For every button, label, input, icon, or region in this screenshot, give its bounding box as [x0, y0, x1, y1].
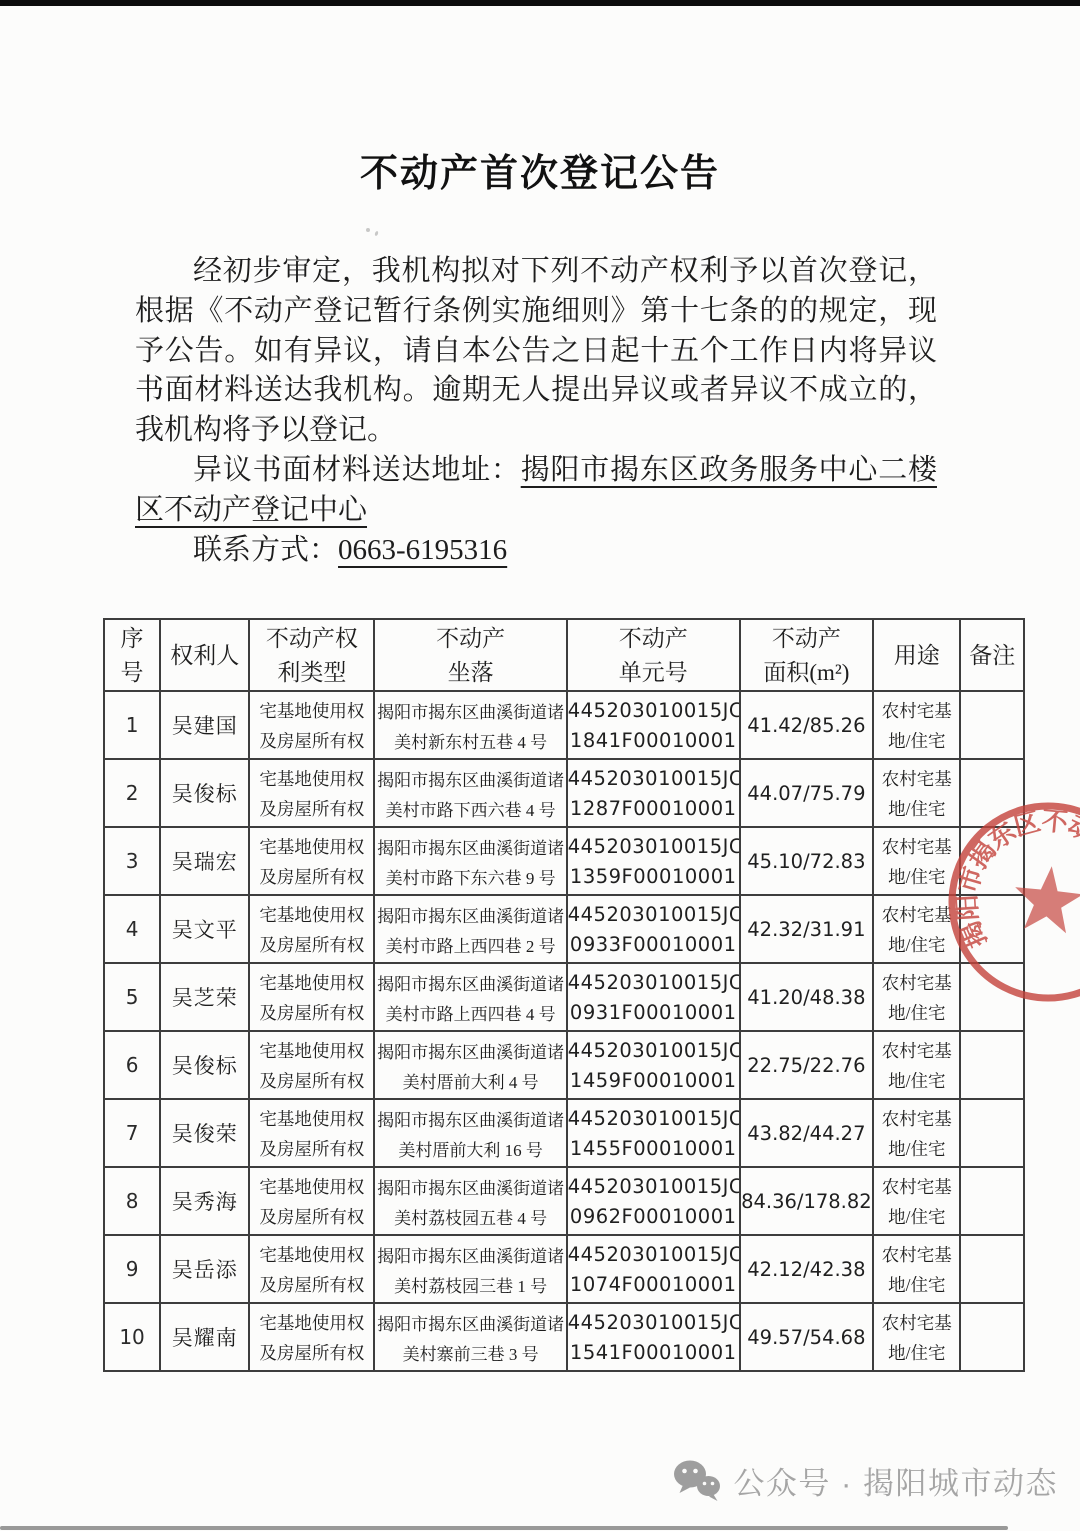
cell-seq: 4 — [104, 895, 160, 963]
table-row: 7 吴俊荣 宅基地使用权及房屋所有权 揭阳市揭东区曲溪街道诸美村厝前大利 16 … — [104, 1099, 1024, 1167]
cell-owner: 吴俊荣 — [160, 1099, 249, 1167]
cell-usage: 农村宅基地/住宅 — [873, 827, 960, 895]
cell-owner: 吴岳添 — [160, 1235, 249, 1303]
cell-owner: 吴耀南 — [160, 1303, 249, 1371]
cell-usage: 农村宅基地/住宅 — [873, 895, 960, 963]
body-paragraph: 经初步审定，我机构拟对下列不动产权利予以首次登记，根据《不动产登记暂行条例实施细… — [135, 252, 937, 451]
cell-seq: 10 — [104, 1303, 160, 1371]
cell-remark — [960, 1099, 1024, 1167]
cell-right-type: 宅基地使用权及房屋所有权 — [249, 759, 374, 827]
header-location: 不动产坐落 — [374, 619, 566, 691]
table-row: 1 吴建国 宅基地使用权及房屋所有权 揭阳市揭东区曲溪街道诸美村新东村五巷 4 … — [104, 691, 1024, 759]
cell-remark — [960, 963, 1024, 1031]
cell-area: 49.57/54.68 — [740, 1303, 873, 1371]
cell-area: 45.10/72.83 — [740, 827, 873, 895]
cell-owner: 吴秀海 — [160, 1167, 249, 1235]
cell-seq: 1 — [104, 691, 160, 759]
cell-remark — [960, 1167, 1024, 1235]
cell-remark — [960, 759, 1024, 827]
cell-area: 42.32/31.91 — [740, 895, 873, 963]
header-usage: 用途 — [873, 619, 960, 691]
cell-right-type: 宅基地使用权及房屋所有权 — [249, 1031, 374, 1099]
cell-area: 22.75/22.76 — [740, 1031, 873, 1099]
address-label: 异议书面材料送达地址： — [193, 454, 521, 486]
header-right-type: 不动产权利类型 — [249, 619, 374, 691]
table-row: 3 吴瑞宏 宅基地使用权及房屋所有权 揭阳市揭东区曲溪街道诸美村市路下东六巷 9… — [104, 827, 1024, 895]
cell-seq: 3 — [104, 827, 160, 895]
cell-location: 揭阳市揭东区曲溪街道诸美村市路上西四巷 2 号 — [374, 895, 566, 963]
cell-usage: 农村宅基地/住宅 — [873, 1303, 960, 1371]
cell-location: 揭阳市揭东区曲溪街道诸美村荔枝园三巷 1 号 — [374, 1235, 566, 1303]
cell-location: 揭阳市揭东区曲溪街道诸美村市路下东六巷 9 号 — [374, 827, 566, 895]
cell-unit-no: 445203010015JC01459F00010001 — [567, 1031, 740, 1099]
header-area: 不动产面积(m²) — [740, 619, 873, 691]
header-seq: 序号 — [104, 619, 160, 691]
wechat-icon — [673, 1459, 721, 1503]
cell-usage: 农村宅基地/住宅 — [873, 1031, 960, 1099]
cell-remark — [960, 1235, 1024, 1303]
cell-right-type: 宅基地使用权及房屋所有权 — [249, 895, 374, 963]
table-row: 6 吴俊标 宅基地使用权及房屋所有权 揭阳市揭东区曲溪街道诸美村厝前大利 4 号… — [104, 1031, 1024, 1099]
cell-location: 揭阳市揭东区曲溪街道诸美村厝前大利 16 号 — [374, 1099, 566, 1167]
header-remark: 备注 — [960, 619, 1024, 691]
cell-owner: 吴文平 — [160, 895, 249, 963]
cell-unit-no: 445203010015JC00962F00010001 — [567, 1167, 740, 1235]
cell-right-type: 宅基地使用权及房屋所有权 — [249, 963, 374, 1031]
cell-owner: 吴俊标 — [160, 759, 249, 827]
cell-right-type: 宅基地使用权及房屋所有权 — [249, 1167, 374, 1235]
cell-remark — [960, 827, 1024, 895]
cell-usage: 农村宅基地/住宅 — [873, 1167, 960, 1235]
contact-value: 0663-6195316 — [338, 534, 507, 566]
body-paragraph-text: 经初步审定，我机构拟对下列不动产权利予以首次登记，根据《不动产登记暂行条例实施细… — [135, 255, 937, 446]
cell-seq: 9 — [104, 1235, 160, 1303]
registration-table: 序号 权利人 不动产权利类型 不动产坐落 不动产单元号 不动产面积(m²) 用途… — [103, 618, 1025, 1372]
cell-seq: 5 — [104, 963, 160, 1031]
cell-seq: 2 — [104, 759, 160, 827]
contact-line: 联系方式：0663-6195316 — [135, 531, 937, 571]
cell-area: 42.12/42.38 — [740, 1235, 873, 1303]
scan-top-edge — [0, 0, 1080, 6]
cell-location: 揭阳市揭东区曲溪街道诸美村寨前三巷 3 号 — [374, 1303, 566, 1371]
table-row: 9 吴岳添 宅基地使用权及房屋所有权 揭阳市揭东区曲溪街道诸美村荔枝园三巷 1 … — [104, 1235, 1024, 1303]
cell-area: 41.20/48.38 — [740, 963, 873, 1031]
table-header-row: 序号 权利人 不动产权利类型 不动产坐落 不动产单元号 不动产面积(m²) 用途… — [104, 619, 1024, 691]
cell-unit-no: 445203010015JC00931F00010001 — [567, 963, 740, 1031]
cell-unit-no: 445203010015JC00933F00010001 — [567, 895, 740, 963]
cell-remark — [960, 895, 1024, 963]
cell-owner: 吴瑞宏 — [160, 827, 249, 895]
cell-owner: 吴芝荣 — [160, 963, 249, 1031]
cell-owner: 吴俊标 — [160, 1031, 249, 1099]
cell-unit-no: 445203010015JC01074F00010001 — [567, 1235, 740, 1303]
scan-bottom-edge — [0, 1526, 1008, 1530]
cell-remark — [960, 691, 1024, 759]
cell-right-type: 宅基地使用权及房屋所有权 — [249, 1303, 374, 1371]
cell-seq: 6 — [104, 1031, 160, 1099]
cell-usage: 农村宅基地/住宅 — [873, 691, 960, 759]
cell-location: 揭阳市揭东区曲溪街道诸美村市路上西四巷 4 号 — [374, 963, 566, 1031]
table-row: 2 吴俊标 宅基地使用权及房屋所有权 揭阳市揭东区曲溪街道诸美村市路下西六巷 4… — [104, 759, 1024, 827]
cell-usage: 农村宅基地/住宅 — [873, 759, 960, 827]
cell-area: 44.07/75.79 — [740, 759, 873, 827]
cell-right-type: 宅基地使用权及房屋所有权 — [249, 1099, 374, 1167]
table-row: 10 吴耀南 宅基地使用权及房屋所有权 揭阳市揭东区曲溪街道诸美村寨前三巷 3 … — [104, 1303, 1024, 1371]
cell-location: 揭阳市揭东区曲溪街道诸美村新东村五巷 4 号 — [374, 691, 566, 759]
cell-usage: 农村宅基地/住宅 — [873, 963, 960, 1031]
wechat-watermark: 公众号 · 揭阳城市动态 — [673, 1458, 1058, 1503]
cell-seq: 7 — [104, 1099, 160, 1167]
cell-usage: 农村宅基地/住宅 — [873, 1099, 960, 1167]
cell-seq: 8 — [104, 1167, 160, 1235]
cell-remark — [960, 1303, 1024, 1371]
scan-artifact — [366, 228, 382, 236]
cell-owner: 吴建国 — [160, 691, 249, 759]
cell-area: 43.82/44.27 — [740, 1099, 873, 1167]
cell-area: 41.42/85.26 — [740, 691, 873, 759]
cell-location: 揭阳市揭东区曲溪街道诸美村厝前大利 4 号 — [374, 1031, 566, 1099]
cell-unit-no: 445203010015JC01541F00010001 — [567, 1303, 740, 1371]
cell-right-type: 宅基地使用权及房屋所有权 — [249, 1235, 374, 1303]
cell-remark — [960, 1031, 1024, 1099]
cell-unit-no: 445203010015JC01359F00010001 — [567, 827, 740, 895]
header-owner: 权利人 — [160, 619, 249, 691]
cell-area: 84.36/178.82 — [740, 1167, 873, 1235]
page-title: 不动产首次登记公告 — [0, 146, 1080, 196]
watermark-text: 公众号 · 揭阳城市动态 — [733, 1458, 1058, 1503]
address-line: 异议书面材料送达地址：揭阳市揭东区政务服务中心二楼区不动产登记中心 — [135, 451, 937, 531]
header-unit-no: 不动产单元号 — [567, 619, 740, 691]
cell-unit-no: 445203010015JC01287F00010001 — [567, 759, 740, 827]
cell-location: 揭阳市揭东区曲溪街道诸美村市路下西六巷 4 号 — [374, 759, 566, 827]
announcement-body: 经初步审定，我机构拟对下列不动产权利予以首次登记，根据《不动产登记暂行条例实施细… — [135, 252, 937, 570]
table-row: 8 吴秀海 宅基地使用权及房屋所有权 揭阳市揭东区曲溪街道诸美村荔枝园五巷 4 … — [104, 1167, 1024, 1235]
cell-unit-no: 445203010015JC01455F00010001 — [567, 1099, 740, 1167]
table-row: 5 吴芝荣 宅基地使用权及房屋所有权 揭阳市揭东区曲溪街道诸美村市路上西四巷 4… — [104, 963, 1024, 1031]
cell-unit-no: 445203010015JC01841F00010001 — [567, 691, 740, 759]
document-page: 不动产首次登记公告 经初步审定，我机构拟对下列不动产权利予以首次登记，根据《不动… — [0, 0, 1080, 1531]
cell-location: 揭阳市揭东区曲溪街道诸美村荔枝园五巷 4 号 — [374, 1167, 566, 1235]
cell-usage: 农村宅基地/住宅 — [873, 1235, 960, 1303]
cell-right-type: 宅基地使用权及房屋所有权 — [249, 827, 374, 895]
cell-right-type: 宅基地使用权及房屋所有权 — [249, 691, 374, 759]
table-row: 4 吴文平 宅基地使用权及房屋所有权 揭阳市揭东区曲溪街道诸美村市路上西四巷 2… — [104, 895, 1024, 963]
contact-label: 联系方式： — [193, 534, 338, 566]
